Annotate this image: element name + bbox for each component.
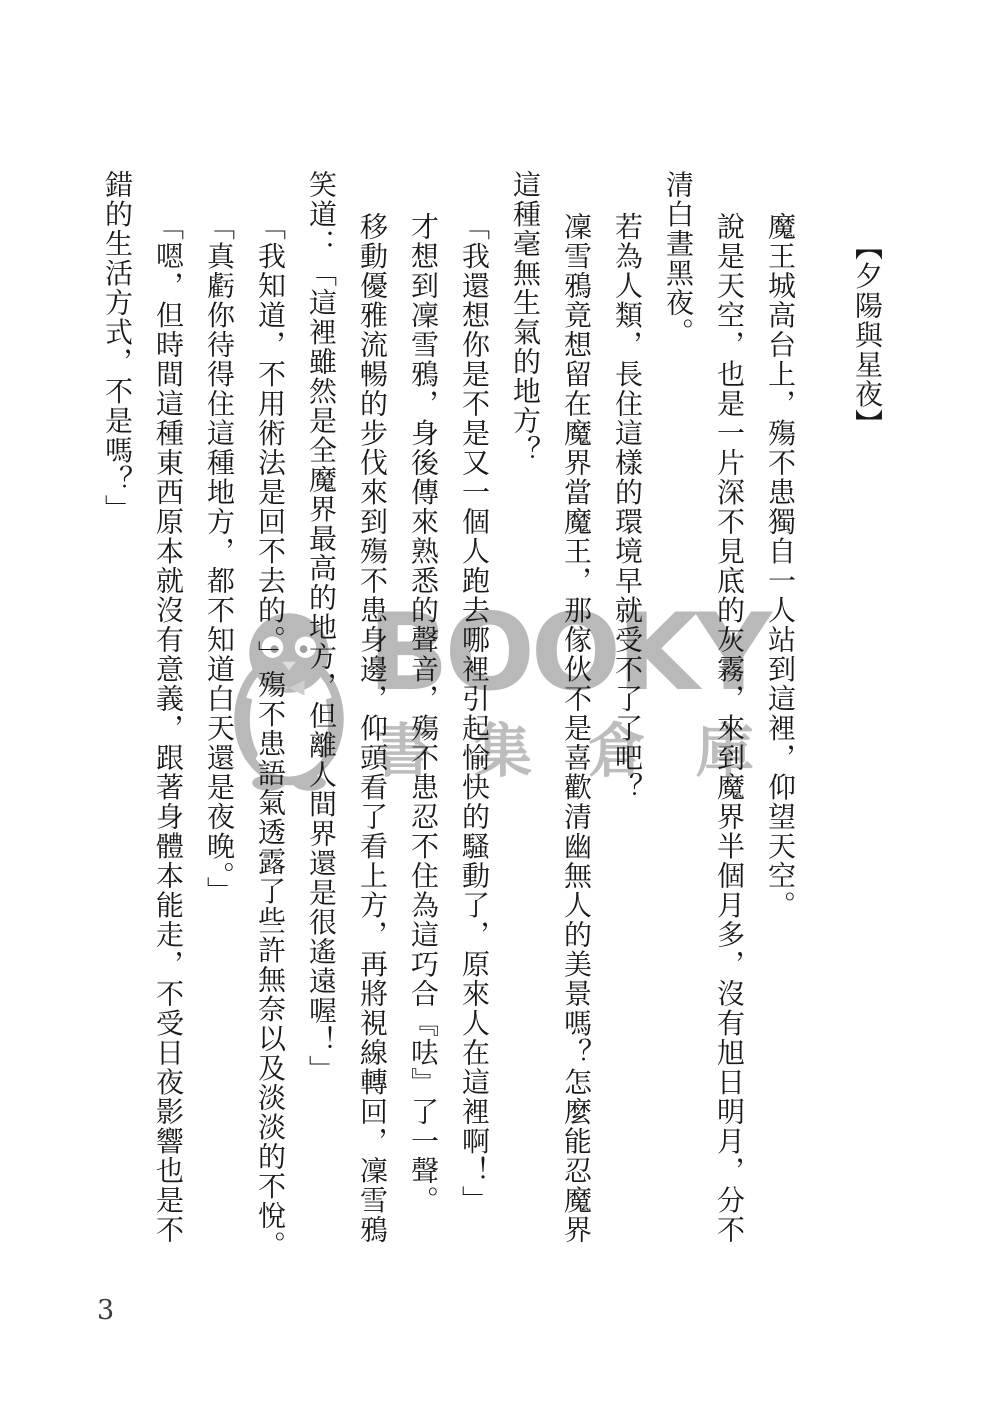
- text-column: 「嗯，但時間這種東西原本就沒有意義，跟著身體本能走，不受日夜影響也是不: [142, 170, 193, 1260]
- text-column: 「我知道，不用術法是回不去的。」殤不患語氣透露了些許無奈以及淡淡的不悅。: [244, 170, 295, 1260]
- text-column: 笑道：「這裡雖然是全魔界最高的地方，但離人間界還是很遙遠喔！」: [295, 170, 346, 1260]
- text-column: 才想到凜雪鴉，身後傳來熟悉的聲音，殤不患忍不住為這巧合『呿』了一聲。: [397, 170, 448, 1260]
- text-column: 若為人類，長住這樣的環境早就受不了了吧？: [601, 170, 652, 1260]
- text-column: 魔王城高台上，殤不患獨自一人站到這裡，仰望天空。: [754, 170, 805, 1260]
- text-column: 「真虧你待得住這種地方，都不知道白天還是夜晚。」: [193, 170, 244, 1260]
- text-block: 【夕陽與星夜】 魔王城高台上，殤不患獨自一人站到這裡，仰望天空。說是天空，也是一…: [91, 170, 892, 1260]
- chapter-title: 【夕陽與星夜】: [841, 170, 892, 1260]
- text-column: 說是天空，也是一片深不見底的灰霧，來到魔界半個月多，沒有旭日明月，分不: [703, 170, 754, 1260]
- page-number: 3: [97, 1295, 114, 1326]
- text-column: 這種毫無生氣的地方？: [499, 170, 550, 1260]
- text-column: 「我還想你是不是又一個人跑去哪裡引起愉快的騷動了，原來人在這裡啊！」: [448, 170, 499, 1260]
- text-column: 凜雪鴉竟想留在魔界當魔王，那傢伙不是喜歡清幽無人的美景嗎？怎麼能忍魔界: [550, 170, 601, 1260]
- text-column: 清白晝黑夜。: [652, 170, 703, 1260]
- text-column: 錯的生活方式，不是嗎？」: [91, 170, 142, 1260]
- text-column: 移動優雅流暢的步伐來到殤不患身邊，仰頭看了看上方，再將視線轉回，凜雪鴉: [346, 170, 397, 1260]
- book-page: BOOKY 書集倉庫 【夕陽與星夜】 魔王城高台上，殤不患獨自一人站到這裡，仰望…: [0, 0, 1000, 1416]
